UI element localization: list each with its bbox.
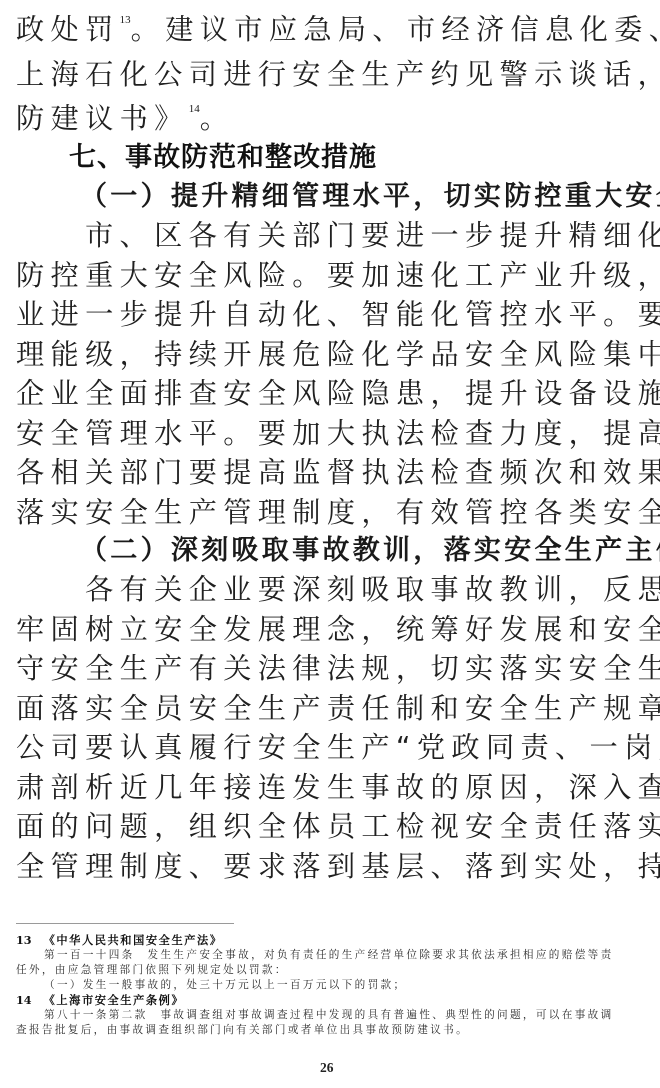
body-line: 防建议书》14。 bbox=[16, 101, 234, 137]
footnote-line: 任外，由应急管理部门依照下列规定处以罚款： bbox=[16, 963, 288, 977]
footnote-line: （一）发生一般事故的，处三十万元以上一百万元以下的罚款； bbox=[44, 978, 406, 992]
footnote-title: 13《中华人民共和国安全生产法》 bbox=[16, 933, 223, 947]
footnote-ref-14[interactable]: 14 bbox=[189, 103, 200, 115]
footnote-title-text: 《上海市安全生产条例》 bbox=[44, 993, 185, 1007]
footnote-number: 13 bbox=[16, 933, 32, 947]
body-line: 守安全生产有关法律法规，切实落实安全生产主体责任，全 bbox=[16, 651, 660, 687]
body-line: 企业全面排查安全风险隐患，提升设备设施本质安全，提高 bbox=[16, 376, 660, 412]
line-text: 。建议市应急局、市经济信息化委、市市场监管局对 bbox=[131, 13, 660, 46]
body-line: 面的问题，组织全体员工检视安全责任落实情况，切实把安 bbox=[16, 809, 660, 845]
page-number: 26 bbox=[320, 1060, 334, 1076]
footnote-separator bbox=[16, 923, 234, 924]
subsection-heading-1: （一）提升精细管理水平，切实防控重大安全风险 bbox=[80, 179, 660, 215]
footnote-ref-13[interactable]: 13 bbox=[120, 14, 131, 26]
body-line: 理能级，持续开展危险化学品安全风险集中治理，指导督促 bbox=[16, 337, 660, 373]
footnote-title-text: 《中华人民共和国安全生产法》 bbox=[44, 933, 223, 947]
body-line: 各相关部门要提高监督执法检查频次和效果，督促企业完善 bbox=[16, 455, 660, 491]
subsection-heading-2: （二）深刻吸取事故教训，落实安全生产主体责任 bbox=[80, 533, 660, 569]
line-text: 政处罚 bbox=[16, 13, 120, 46]
footnote-line: 第八十一条第二款 事故调查组对事故调查过程中发现的具有普遍性、典型性的问题，可以… bbox=[44, 1008, 614, 1022]
body-line: 落实安全生产管理制度，有效管控各类安全风险。 bbox=[16, 495, 660, 531]
body-line: 业进一步提升自动化、智能化管控水平。要切实提升安全管 bbox=[16, 297, 660, 333]
footnote-title: 14《上海市安全生产条例》 bbox=[16, 993, 184, 1007]
footnote-number: 14 bbox=[16, 993, 32, 1007]
footnote-line: 第一百一十四条 发生生产安全事故，对负有责任的生产经营单位除要求其依法承担相应的… bbox=[44, 948, 614, 962]
document-page: 政处罚13。建议市应急局、市经济信息化委、市市场监管局对 上海石化公司进行安全生… bbox=[0, 0, 660, 1088]
footnote-line: 查报告批复后，由事故调查组织部门向有关部门或者单位出具事故预防建议书。 bbox=[16, 1023, 469, 1037]
section-heading: 七、事故防范和整改措施 bbox=[69, 140, 377, 176]
body-line: 各有关企业要深刻吸取事故教训，反思安全生产工作， bbox=[85, 572, 660, 608]
body-line: 肃剖析近几年接连发生事故的原因，深入查找管理、技术方 bbox=[16, 770, 660, 806]
body-line: 牢固树立安全发展理念，统筹好发展和安全的关系。严格遵 bbox=[16, 612, 660, 648]
body-line: 全管理制度、要求落到基层、落到实处，持续提升安全管理 bbox=[16, 849, 660, 885]
line-text: 防建议书》 bbox=[16, 102, 189, 135]
body-line: 面落实全员安全生产责任制和安全生产规章制度。上海石化 bbox=[16, 691, 660, 727]
line-text: 。 bbox=[200, 102, 235, 135]
body-line: 政处罚13。建议市应急局、市经济信息化委、市市场监管局对 bbox=[16, 12, 660, 48]
body-line: 市、区各有关部门要进一步提升精细化管理水平，切实 bbox=[85, 218, 660, 254]
body-line: 上海石化公司进行安全生产约见警示谈话，并出具《事故预 bbox=[16, 57, 660, 93]
body-line: 安全管理水平。要加大执法检查力度，提高指导服务水平。 bbox=[16, 416, 660, 452]
body-line: 防控重大安全风险。要加速化工产业升级，指导化工行业企 bbox=[16, 258, 660, 294]
body-line: 公司要认真履行安全生产“党政同责、一岗双责”要求，严 bbox=[16, 730, 660, 766]
